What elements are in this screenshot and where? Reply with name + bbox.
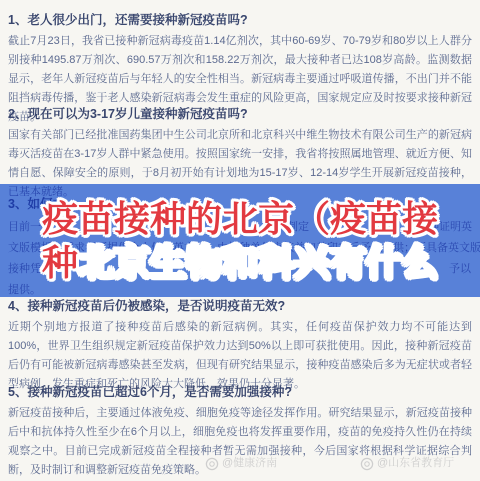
qa4-heading: 4、接种新冠疫苗后仍被感染，是否说明疫苗无效?: [8, 298, 472, 315]
overlay-title: 疫苗接种的北京（疫苗接 种北京生物和科兴有什么: [0, 197, 480, 285]
title-line1-red-text: 疫苗接种的北京（疫苗接: [42, 198, 438, 239]
watermark-handle: @山东省教育厅: [377, 456, 454, 471]
qa4-body: 近期个别地方报道了接种疫苗后感染的新冠病例。其实，任何疫苗保护效力均不可能达到1…: [8, 318, 472, 394]
title-line-1: 疫苗接种的北京（疫苗接: [0, 197, 480, 241]
title-line-2: 种北京生物和科兴有什么: [0, 241, 480, 285]
title-line2-white-text: 北京生物和科兴有什么: [78, 242, 438, 283]
page-background: 1、老人很少出门，还需要接种新冠疫苗吗? 截止7月23日，我省已接种新冠病毒疫苗…: [0, 0, 480, 481]
overlay-band: 已基本就绪。 3、如何办 目前一些 制定（ 种证明英 文版模板，需求者可提供个人…: [0, 184, 480, 297]
weibo-watermark-right: @山东省教育厅: [360, 456, 454, 471]
qa2-heading: 2、现在可以为3-17岁儿童接种新冠疫苗吗?: [8, 106, 472, 123]
watermark-handle: @健康济南: [222, 456, 277, 471]
qa5-heading: 5、接种新冠疫苗已超过6个月，是否需要加强接种?: [8, 384, 472, 401]
weibo-icon: [360, 457, 374, 471]
weibo-watermark-left: @健康济南: [205, 456, 277, 471]
title-line2-red-text: 种: [42, 242, 78, 283]
band-underlay-line: 提供。: [8, 284, 41, 297]
qa1-heading: 1、老人很少出门，还需要接种新冠疫苗吗?: [8, 12, 472, 29]
weibo-icon: [205, 457, 219, 471]
qa-section-4: 4、接种新冠疫苗后仍被感染，是否说明疫苗无效? 近期个别地方报道了接种疫苗后感染…: [8, 298, 472, 394]
